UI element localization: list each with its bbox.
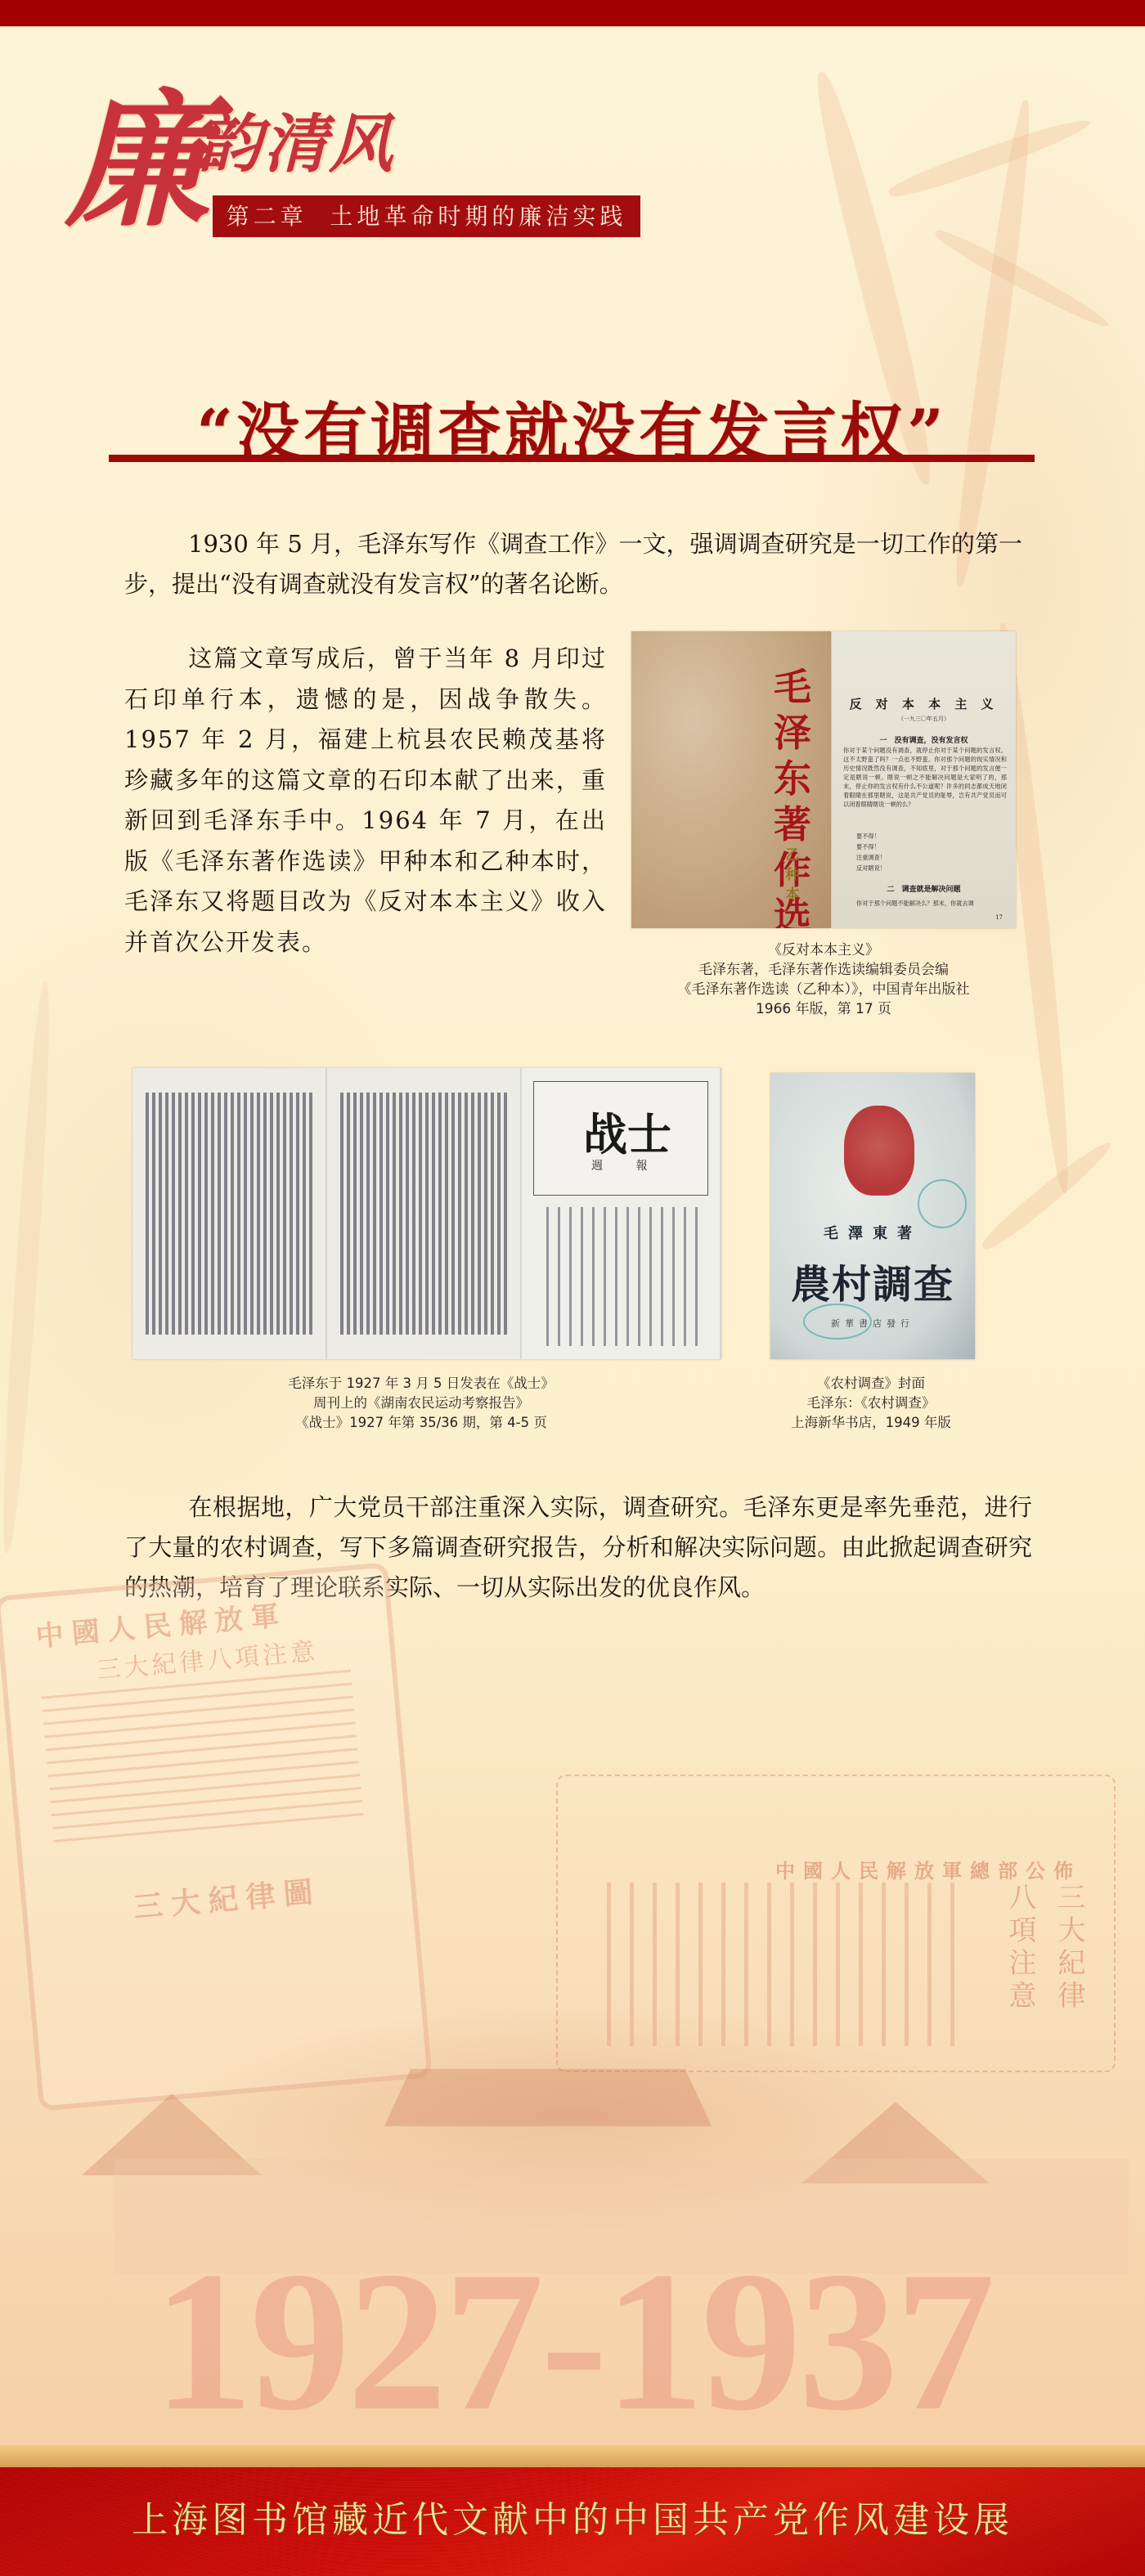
caption-line: 毛泽东：《农村调查》 [752, 1393, 990, 1413]
caption-line: 《战士》1927 年第 35/36 期，第 4-5 页 [245, 1413, 597, 1433]
caption-line: 《毛泽东著作选读（乙种本）》，中国青年出版社 [631, 980, 1016, 999]
caption-line: 《农村调查》封面 [752, 1374, 990, 1393]
caption-line: 《反对本本主义》 [631, 940, 1016, 960]
poster-text-lines [41, 1669, 363, 1842]
title-divider [109, 455, 1035, 462]
exhibition-title: 上海图书馆藏近代文献中的中国共产党作风建设展 [0, 2496, 1145, 2545]
intro-paragraph: 1930 年 5 月，毛泽东写作《调查工作》一文，强调调查研究是一切工作的第一步… [124, 524, 1022, 604]
page-body-2: 你对于那个问题不能解决么？那末，你就去调 [856, 900, 974, 908]
caption-line: 毛泽东著，毛泽东著作选读编辑委员会编 [631, 960, 1016, 980]
page-date: （一九三〇年五月） [832, 715, 1016, 723]
history-paragraph: 这篇文章写成后，曾于当年 8 月印过石印单行本，遗憾的是，因战争散失。1957 … [124, 639, 607, 963]
page-heading: 反 对 本 本 主 义 [832, 695, 1016, 712]
page-number: 17 [995, 914, 1003, 921]
rural-survey-cover-image: 毛澤東著 農村調查 新華書店發行 [770, 1073, 975, 1359]
masthead-title: 战士 [583, 1100, 671, 1163]
page-list-item: 反对瞎说！ [856, 863, 886, 873]
logo-calligraphy-lian: 廉 [65, 88, 211, 234]
caption-line: 周刊上的《湖南农民运动考察报告》 [245, 1393, 597, 1413]
page-list-item: 要不得！ [856, 841, 886, 852]
notice-vertical-text: 三大紀律 [1049, 1883, 1089, 2013]
page-list-item: 要不得！ [856, 831, 886, 841]
building-roof-main [384, 2069, 712, 2126]
page-list-item: 注重调查！ [856, 852, 886, 863]
notice-vertical-text: 八項注意 [1000, 1883, 1040, 2013]
logo-calligraphy-rest: 韵清风 [198, 113, 394, 177]
book-title: 農村調查 [770, 1253, 975, 1309]
masthead-subtitle: 週 報 [591, 1157, 662, 1174]
caption-line: 毛泽东于 1927 年 3 月 5 日发表在《战士》 [245, 1374, 597, 1393]
notice-heading: 中國人民解放軍總部公佈 [775, 1855, 1081, 1883]
library-stamp [918, 1179, 967, 1228]
scan-page-cover: 战士 週 報 [522, 1068, 721, 1359]
chapter-label: 第二章 土地革命时期的廉洁实践 [213, 195, 640, 237]
page-title: “没有调查就没有发言权” [109, 393, 1035, 474]
scan-page-left [132, 1068, 327, 1359]
page-list: 要不得！ 要不得！ 注重调查！ 反对瞎说！ [856, 831, 886, 873]
portrait-illustration [844, 1106, 914, 1196]
rural-survey-caption: 《农村调查》封面 毛泽东：《农村调查》 上海新华书店，1949 年版 [752, 1374, 990, 1433]
page-section-2: 二 调查就是解决问题 [832, 883, 1016, 894]
period-years-watermark: 1927-1937 [0, 2241, 1145, 2441]
zhanshi-weekly-caption: 毛泽东于 1927 年 3 月 5 日发表在《战士》 周刊上的《湖南农民运动考察… [245, 1374, 597, 1433]
book-publisher: 新華書店發行 [770, 1317, 975, 1330]
selected-works-cover-image: 毛泽东著作选读 乙种本 [631, 631, 831, 928]
selected-works-caption: 《反对本本主义》 毛泽东著，毛泽东著作选读编辑委员会编 《毛泽东著作选读（乙种本… [631, 940, 1016, 1019]
page-body: 你对于某个问题没有调查，就停止你对于某个问题的发言权。这不太野蛮了吗？一点也不野… [843, 746, 1007, 809]
cover-edition: 乙种本 [782, 846, 803, 904]
intro-paragraph-text: 1930 年 5 月，毛泽东写作《调查工作》一文，强调调查研究是一切工作的第一步… [124, 530, 1022, 598]
footer-gold-band [0, 2445, 1145, 2467]
scan-page-middle [327, 1068, 522, 1359]
history-paragraph-text: 这篇文章写成后，曾于当年 8 月印过石印单行本，遗憾的是，因战争散失。1957 … [124, 644, 607, 956]
zhanshi-weekly-scan-image: 战士 週 報 [132, 1068, 721, 1359]
caption-line: 上海新华书店，1949 年版 [752, 1413, 990, 1433]
masthead-box: 战士 週 報 [533, 1081, 708, 1196]
caption-line: 1966 年版，第 17 页 [631, 999, 1016, 1019]
poster-picture-title: 三大紀律圖 [132, 1869, 323, 1927]
page-section-1: 一 没有调查，没有发言权 [832, 734, 1016, 745]
selected-works-page-image: 反 对 本 本 主 义 （一九三〇年五月） 一 没有调查，没有发言权 你对于某个… [832, 631, 1016, 928]
scan-text-columns [546, 1207, 702, 1346]
top-red-bar [0, 0, 1145, 27]
book-author: 毛澤東著 [770, 1222, 975, 1243]
